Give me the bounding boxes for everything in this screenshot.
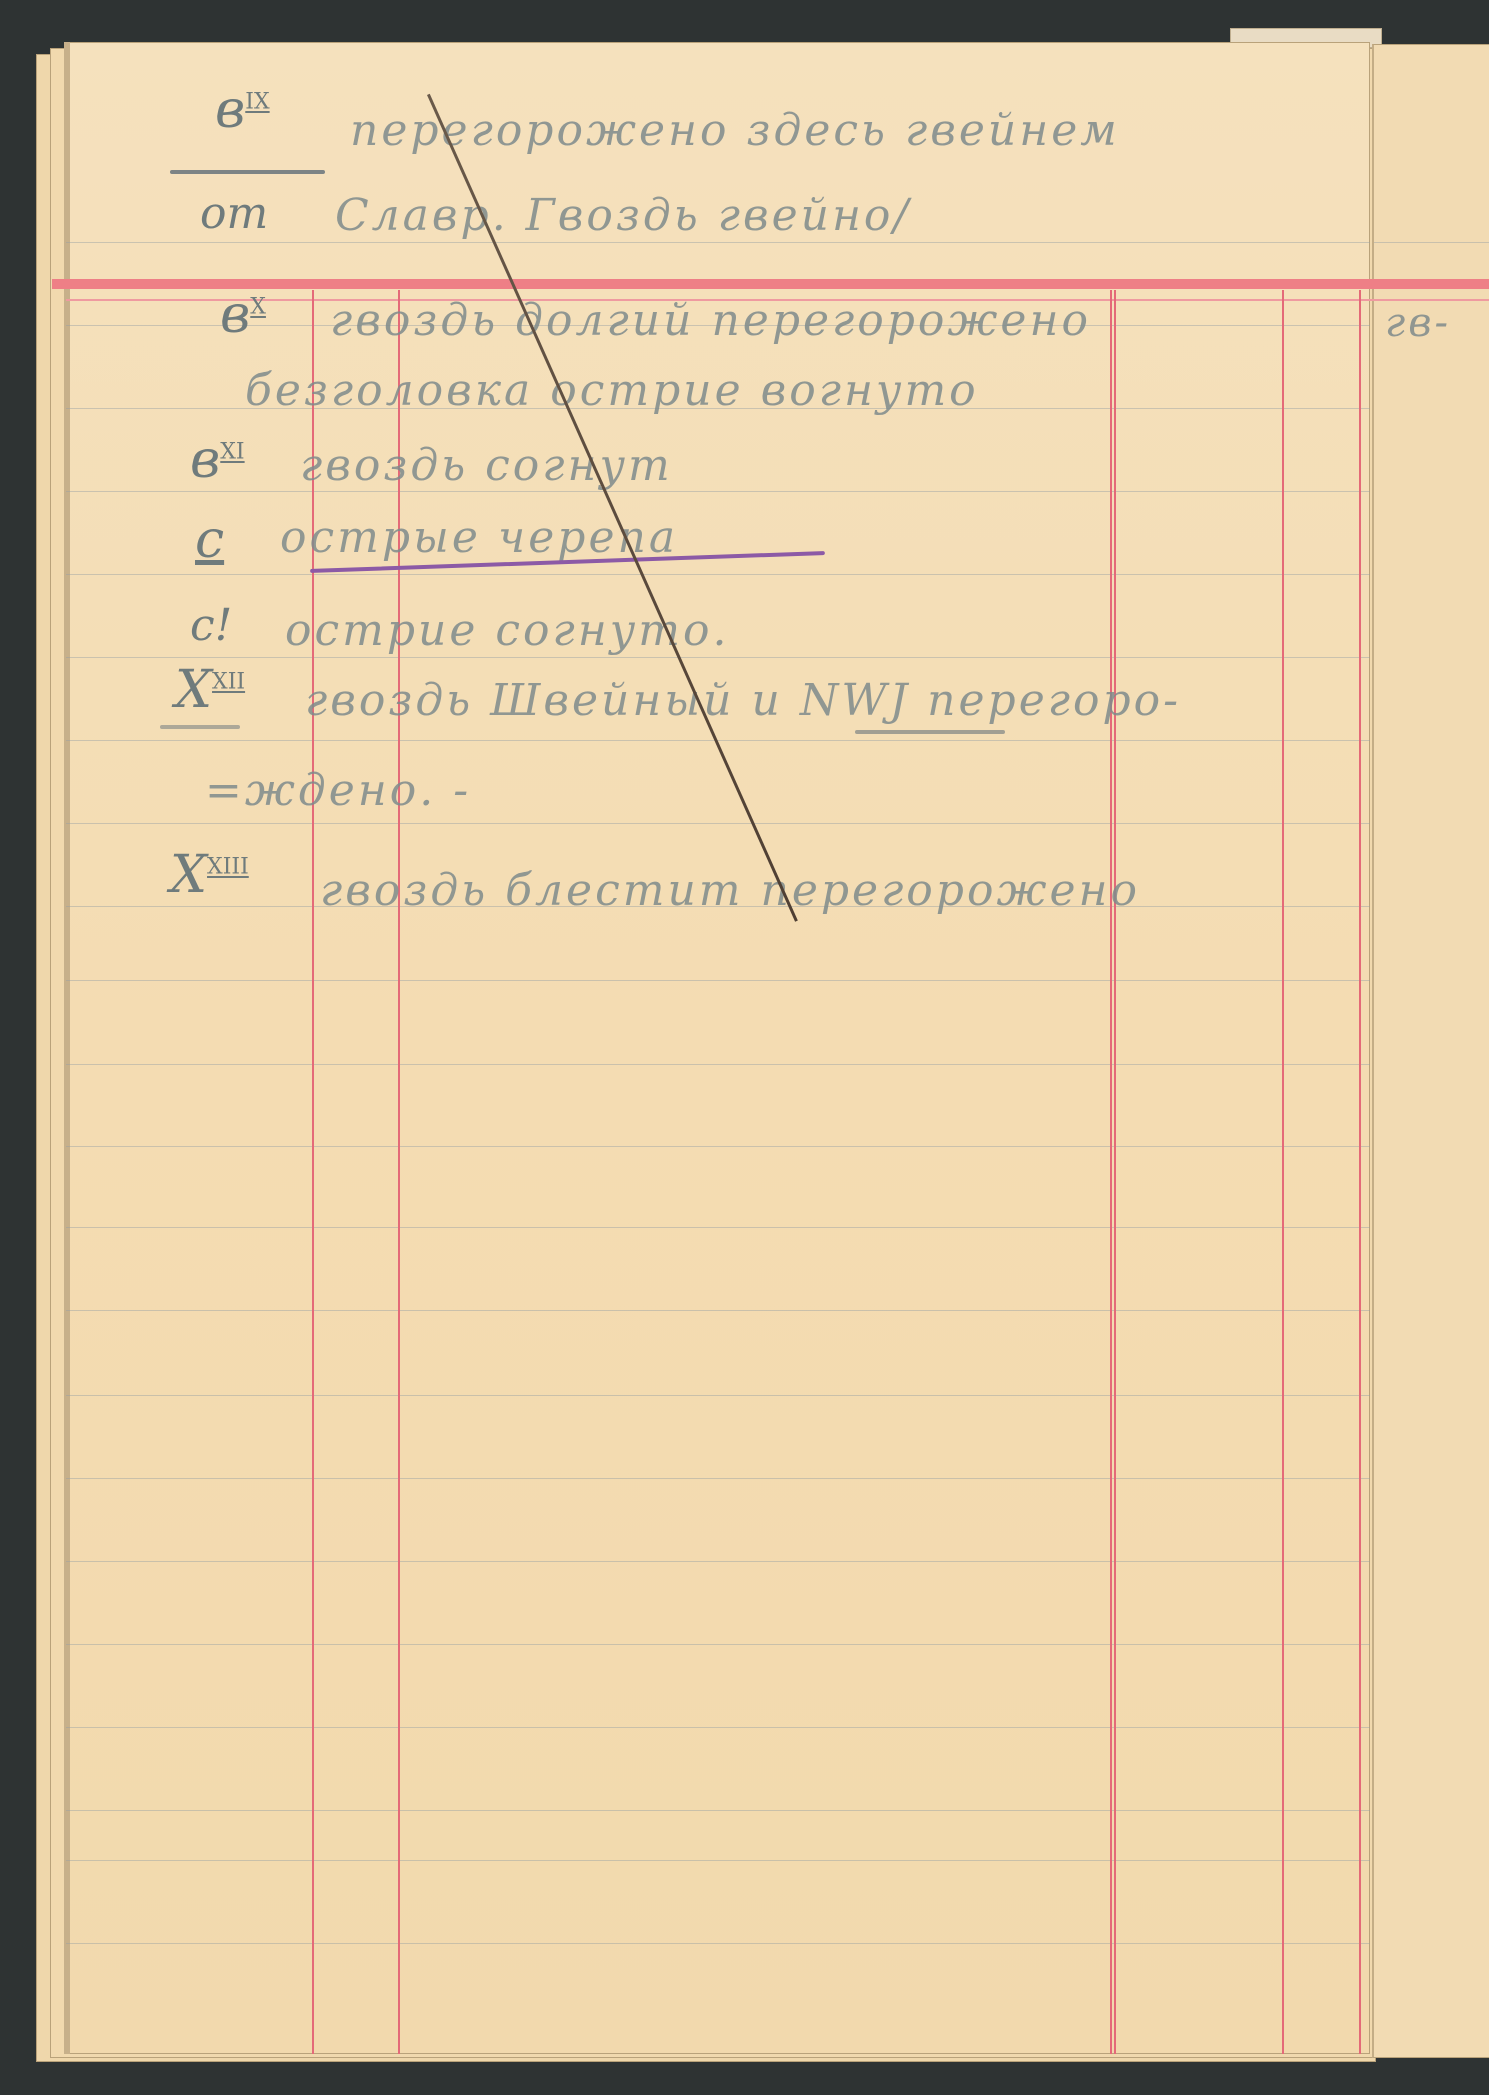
- rule-line: [66, 1860, 1370, 1861]
- rule-line: [66, 657, 1370, 658]
- rule-line: [66, 1146, 1370, 1147]
- rule-line: [66, 980, 1370, 981]
- pencil-underline: [855, 730, 1005, 734]
- column-rule: [1282, 290, 1284, 2054]
- next-page-text: гв-: [1385, 300, 1451, 346]
- rule-line: [66, 1310, 1370, 1311]
- entry-text: гвоздь долгий перегорожено: [330, 295, 1091, 346]
- rule-line: [1374, 242, 1489, 243]
- entry-marker: от: [200, 188, 268, 239]
- entry-marker: с!: [190, 600, 232, 651]
- entry-text: =ждено. -: [205, 765, 471, 816]
- entry-marker: вXI: [190, 430, 245, 490]
- entry-marker: XXII: [175, 660, 245, 720]
- rule-line: [66, 1561, 1370, 1562]
- rule-line: [66, 242, 1370, 243]
- entry-text: гвоздь Швейный и NWJ перегоро-: [305, 675, 1181, 726]
- next-page: [1372, 44, 1489, 2058]
- column-rule: [1110, 290, 1112, 2054]
- entry-text: безголовка острие вогнуто: [245, 365, 979, 416]
- rule-line: [66, 1227, 1370, 1228]
- entry-marker: с: [195, 510, 224, 570]
- entry-marker: вX: [220, 285, 266, 345]
- column-rule: [1114, 290, 1116, 2054]
- red-header-rule: [52, 279, 1489, 289]
- entry-text: гвоздь согнут: [300, 440, 673, 491]
- rule-line: [66, 1810, 1370, 1811]
- entry-marker: XXIII: [170, 845, 249, 905]
- page-edge: [64, 42, 70, 2054]
- rule-line: [66, 1478, 1370, 1479]
- rule-line: [66, 1644, 1370, 1645]
- pencil-underline: [160, 725, 240, 729]
- rule-line: [66, 823, 1370, 824]
- entry-text: Славр. Гвоздь гвейно/: [335, 190, 911, 241]
- rule-line: [66, 1943, 1370, 1944]
- rule-line: [66, 1727, 1370, 1728]
- pencil-underline: [170, 170, 325, 174]
- entry-text: гвоздь блестит перегорожено: [320, 865, 1140, 916]
- rule-line: [66, 574, 1370, 575]
- rule-line: [66, 1395, 1370, 1396]
- rule-line: [66, 491, 1370, 492]
- entry-marker: вIX: [215, 80, 270, 140]
- column-rule: [1359, 290, 1361, 2054]
- rule-line: [66, 1064, 1370, 1065]
- entry-text: острие согнуто.: [285, 605, 729, 656]
- entry-text: перегорожено здесь гвейнем: [350, 105, 1120, 156]
